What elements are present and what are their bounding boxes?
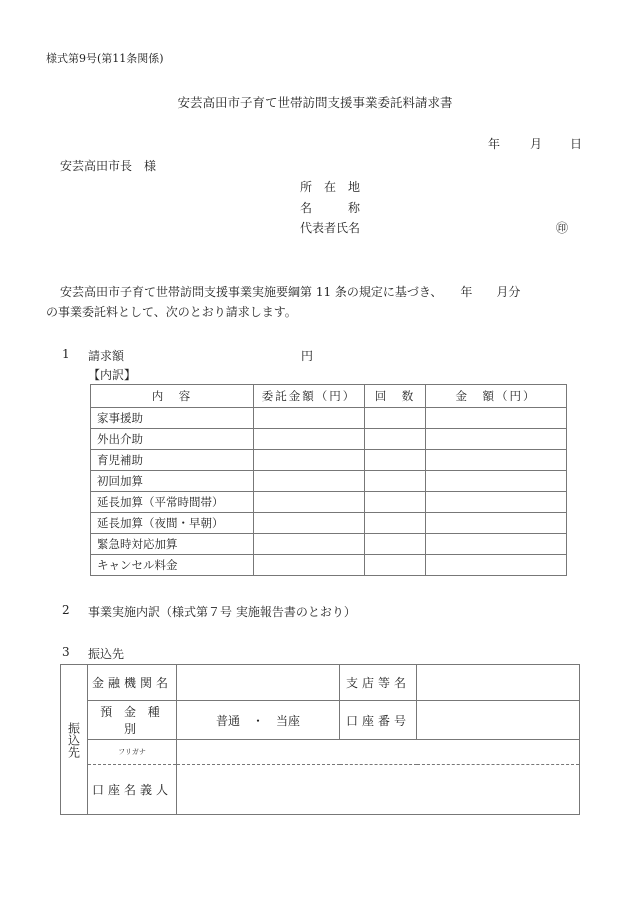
- unit-price-cell[interactable]: [254, 513, 365, 534]
- section2-label: 事業実施内訳（様式第７号 実施報告書のとおり）: [88, 603, 356, 620]
- row-label: 緊急時対応加算: [91, 534, 254, 555]
- date-month-label: 月: [530, 135, 542, 152]
- header-unit-price: 委託金額（円）: [254, 385, 365, 408]
- amount-cell[interactable]: [426, 429, 567, 450]
- count-cell[interactable]: [365, 450, 426, 471]
- amount-cell[interactable]: [426, 534, 567, 555]
- furigana-field[interactable]: [177, 740, 580, 765]
- representative-label: 代表者氏名: [300, 219, 360, 236]
- amount-cell[interactable]: [426, 492, 567, 513]
- unit-price-cell[interactable]: [254, 555, 365, 576]
- table-row: 延長加算（平常時間帯）: [91, 492, 567, 513]
- breakdown-table: 内 容 委託金額（円） 回 数 金 額（円） 家事援助 外出介助 育児補助 初回…: [90, 384, 567, 576]
- branch-name-field[interactable]: [417, 665, 580, 701]
- branch-name-label: 支店等名: [340, 665, 417, 701]
- row-label: 外出介助: [91, 429, 254, 450]
- form-number: 様式第9号(第11条関係): [46, 50, 164, 66]
- header-count: 回 数: [365, 385, 426, 408]
- account-number-label: 口座番号: [340, 701, 417, 740]
- amount-cell[interactable]: [426, 513, 567, 534]
- count-cell[interactable]: [365, 513, 426, 534]
- count-cell[interactable]: [365, 471, 426, 492]
- row-label: 育児補助: [91, 450, 254, 471]
- body-text-line1: 安芸高田市子育て世帯訪問支援事業実施要綱第 11 条の規定に基づき、 年 月分: [60, 283, 520, 300]
- account-holder-label: 口座名義人: [88, 765, 177, 815]
- count-cell[interactable]: [365, 534, 426, 555]
- unit-price-cell[interactable]: [254, 471, 365, 492]
- name-label: 名 称: [300, 199, 360, 216]
- table-header-row: 内 容 委託金額（円） 回 数 金 額（円）: [91, 385, 567, 408]
- unit-price-cell[interactable]: [254, 450, 365, 471]
- bank-name-label: 金融機関名: [88, 665, 177, 701]
- section2-number: 2: [62, 603, 70, 617]
- table-row: キャンセル料金: [91, 555, 567, 576]
- unit-price-cell[interactable]: [254, 534, 365, 555]
- section3-number: 3: [62, 645, 70, 659]
- header-content: 内 容: [91, 385, 254, 408]
- furigana-label: フリガナ: [88, 740, 177, 765]
- count-cell[interactable]: [365, 555, 426, 576]
- row-label: 初回加算: [91, 471, 254, 492]
- row-label: 家事援助: [91, 408, 254, 429]
- unit-price-cell[interactable]: [254, 429, 365, 450]
- table-row: 緊急時対応加算: [91, 534, 567, 555]
- deposit-type-label: 預 金 種 別: [88, 701, 177, 740]
- deposit-type-options[interactable]: 普通 ・ 当座: [177, 701, 340, 740]
- amount-cell[interactable]: [426, 408, 567, 429]
- amount-cell[interactable]: [426, 555, 567, 576]
- transfer-side-label: 振込先: [61, 665, 88, 815]
- date-year-label: 年: [488, 135, 500, 152]
- amount-cell[interactable]: [426, 450, 567, 471]
- account-holder-field[interactable]: [177, 765, 580, 815]
- section1-number: 1: [62, 347, 70, 361]
- unit-price-cell[interactable]: [254, 492, 365, 513]
- section1-label: 請求額: [88, 347, 124, 364]
- seal-mark: ㊞: [556, 219, 568, 236]
- bank-name-field[interactable]: [177, 665, 340, 701]
- table-row: 育児補助: [91, 450, 567, 471]
- row-label: 延長加算（夜間・早朝）: [91, 513, 254, 534]
- table-row: 家事援助: [91, 408, 567, 429]
- breakdown-label: 【内訳】: [88, 366, 136, 383]
- account-number-field[interactable]: [417, 701, 580, 740]
- address-label: 所 在 地: [300, 178, 360, 195]
- row-label: 延長加算（平常時間帯）: [91, 492, 254, 513]
- table-row: 初回加算: [91, 471, 567, 492]
- bank-transfer-table: 振込先 金融機関名 支店等名 預 金 種 別 普通 ・ 当座 口座番号 フリガナ…: [60, 664, 580, 815]
- document-title: 安芸高田市子育て世帯訪問支援事業委託料請求書: [0, 93, 630, 111]
- table-row: 外出介助: [91, 429, 567, 450]
- header-amount: 金 額（円）: [426, 385, 567, 408]
- date-day-label: 日: [570, 135, 582, 152]
- section1-unit: 円: [301, 347, 313, 364]
- row-label: キャンセル料金: [91, 555, 254, 576]
- unit-price-cell[interactable]: [254, 408, 365, 429]
- count-cell[interactable]: [365, 429, 426, 450]
- count-cell[interactable]: [365, 408, 426, 429]
- section3-label: 振込先: [88, 645, 124, 662]
- table-row: 延長加算（夜間・早朝）: [91, 513, 567, 534]
- body-text-line2: の事業委託料として、次のとおり請求します。: [46, 303, 297, 320]
- addressee: 安芸高田市長 様: [60, 157, 156, 174]
- count-cell[interactable]: [365, 492, 426, 513]
- amount-cell[interactable]: [426, 471, 567, 492]
